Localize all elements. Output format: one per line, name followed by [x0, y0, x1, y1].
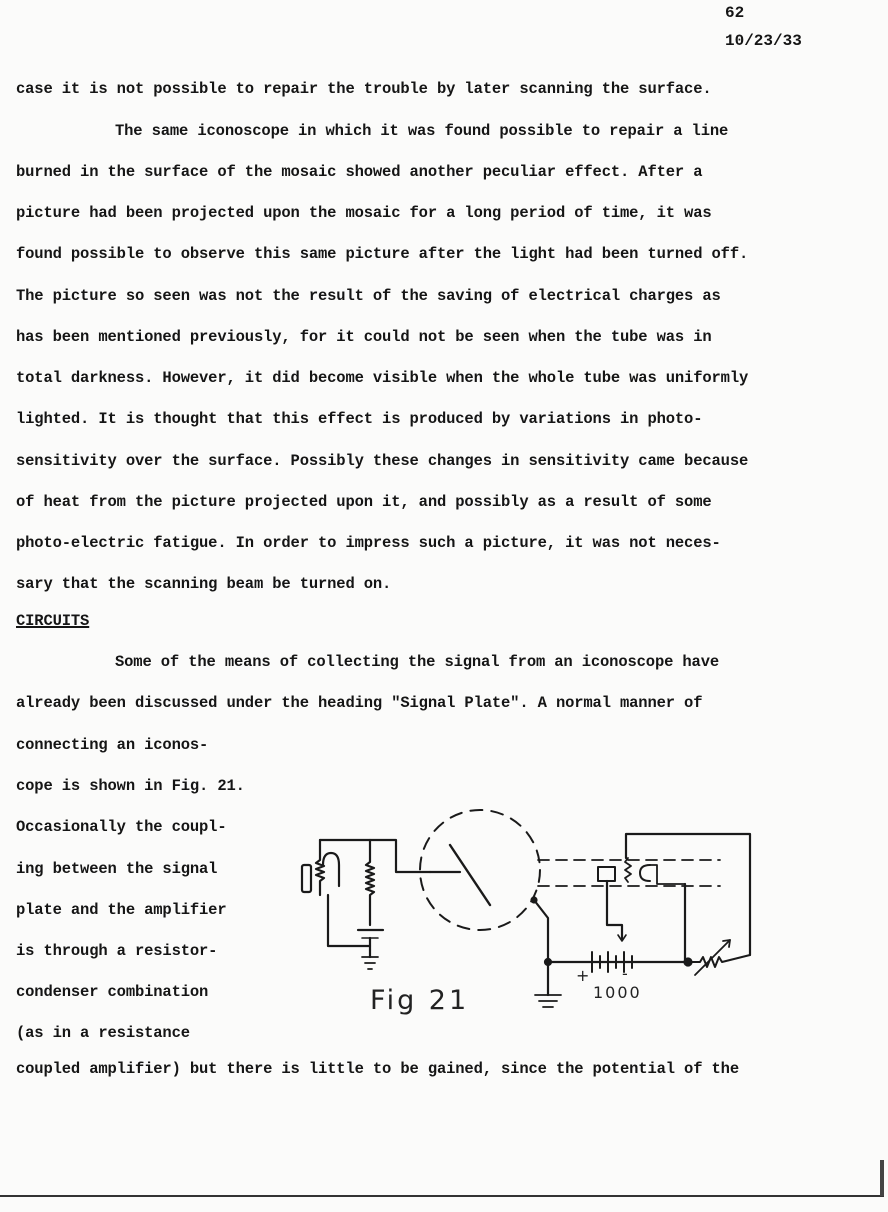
- body-line: sary that the scanning beam be turned on…: [16, 575, 391, 593]
- page-edge-line: [0, 1195, 884, 1197]
- body-line: of heat from the picture projected upon …: [16, 493, 712, 511]
- body-line: total darkness. However, it did become v…: [16, 369, 748, 387]
- amplifier-enclosure: [538, 834, 750, 955]
- iconoscope-tube: [420, 810, 548, 962]
- body-line: has been mentioned previously, for it co…: [16, 328, 712, 346]
- circuits-line: Occasionally the coupl-: [16, 818, 227, 836]
- battery-voltage-label: 1000: [593, 983, 642, 1002]
- circuit-diagram: [280, 800, 780, 1020]
- page-number: 62: [725, 4, 744, 22]
- circuits-line: plate and the amplifier: [16, 901, 227, 919]
- document-page: 62 10/23/33 case it is not possible to r…: [0, 0, 888, 1212]
- supply-rail: [535, 884, 750, 1007]
- page-date: 10/23/33: [725, 32, 802, 50]
- figure-caption: Fig 21: [370, 985, 469, 1016]
- circuits-line: coupled amplifier) but there is little t…: [16, 1060, 739, 1078]
- body-line: The picture so seen was not the result o…: [16, 287, 721, 305]
- battery-plus-sign: +: [576, 966, 589, 985]
- circuits-line: Some of the means of collecting the sign…: [115, 653, 719, 671]
- page-edge-mark: [880, 1160, 884, 1196]
- circuits-line: connecting an iconos-: [16, 736, 208, 754]
- body-line: lighted. It is thought that this effect …: [16, 410, 702, 428]
- body-line: photo-electric fatigue. In order to impr…: [16, 534, 721, 552]
- circuits-line: is through a resistor-: [16, 942, 217, 960]
- circuits-line: cope is shown in Fig. 21.: [16, 777, 245, 795]
- body-line: The same iconoscope in which it was foun…: [115, 122, 728, 140]
- section-heading: CIRCUITS: [16, 612, 89, 630]
- body-line: burned in the surface of the mosaic show…: [16, 163, 702, 181]
- body-line: sensitivity over the surface. Possibly t…: [16, 452, 748, 470]
- circuits-line: condenser combination: [16, 983, 208, 1001]
- circuits-line: (as in a resistance: [16, 1024, 190, 1042]
- input-circuit: [302, 840, 430, 969]
- body-line: found possible to observe this same pict…: [16, 245, 748, 263]
- body-line: picture had been projected upon the mosa…: [16, 204, 712, 222]
- circuits-line: already been discussed under the heading…: [16, 694, 702, 712]
- body-line: case it is not possible to repair the tr…: [16, 80, 712, 98]
- circuits-line: ing between the signal: [16, 860, 217, 878]
- battery-minus-sign: -: [622, 964, 628, 983]
